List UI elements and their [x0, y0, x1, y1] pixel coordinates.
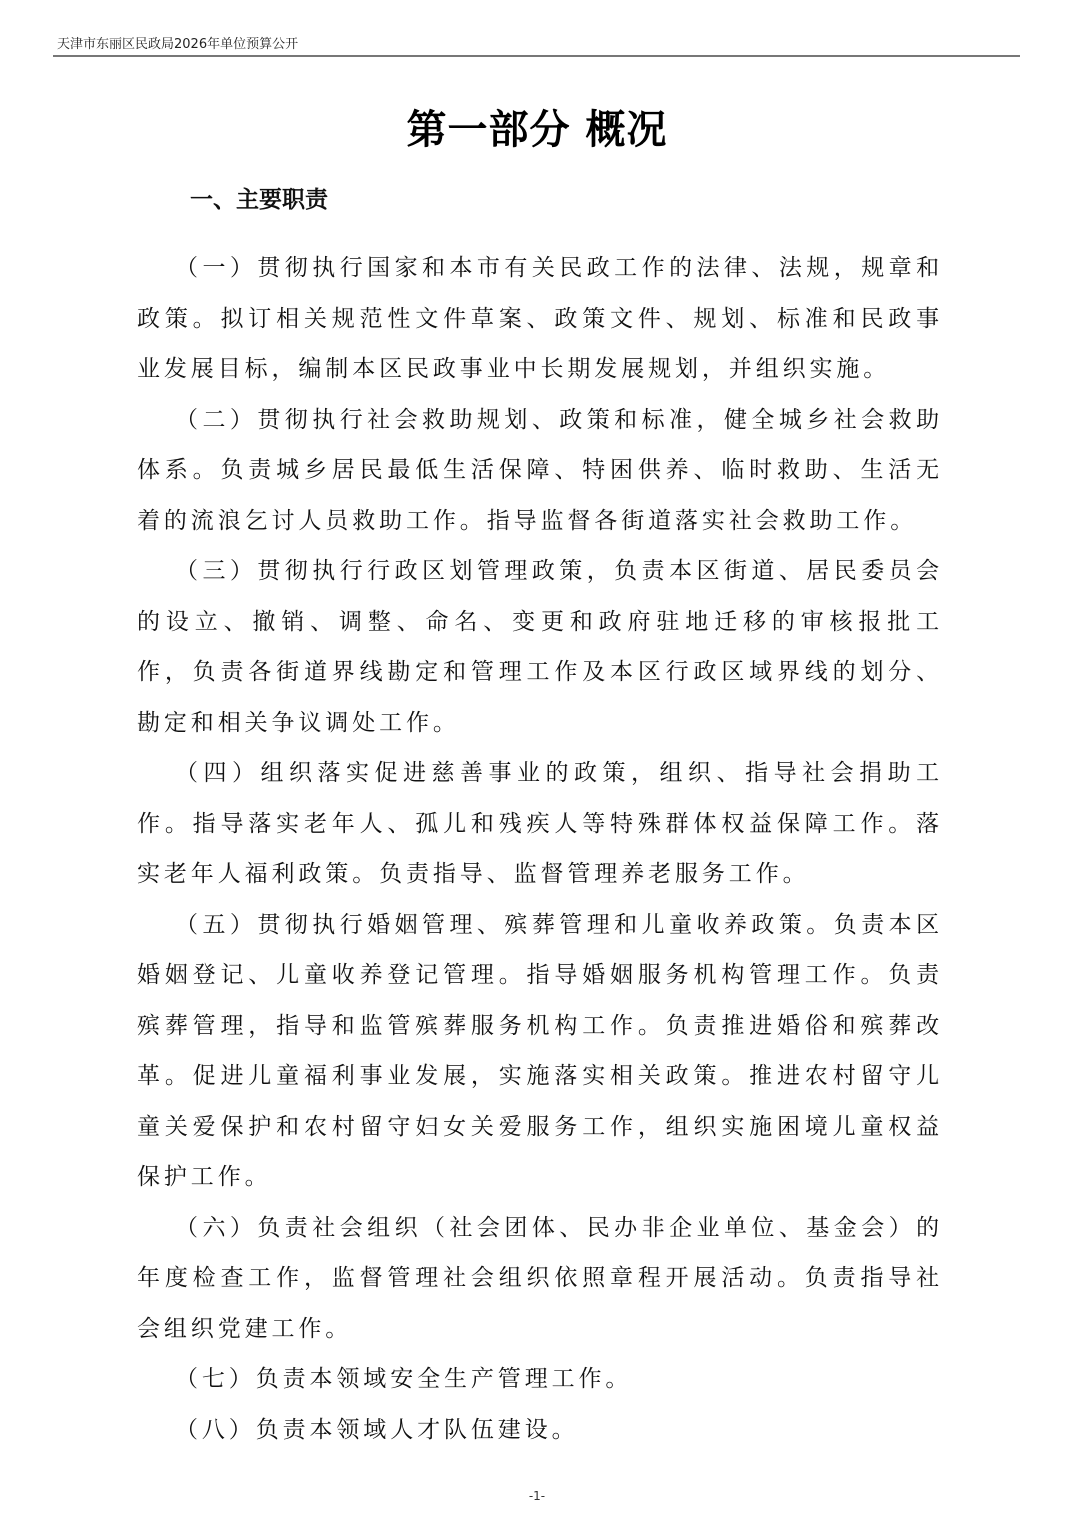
- duty-paragraph-8: （八）负责本领域人才队伍建设。: [137, 1405, 943, 1456]
- duty-paragraph-4: （四）组织落实促进慈善事业的政策，组织、指导社会捐助工作。指导落实老年人、孤儿和…: [137, 748, 943, 900]
- running-header-title: 天津市东丽区民政局2026年单位预算公开: [57, 33, 298, 52]
- running-header: 天津市东丽区民政局2026年单位预算公开: [53, 30, 1020, 57]
- duty-paragraph-6: （六）负责社会组织（社会团体、民办非企业单位、基金会）的年度检查工作，监督管理社…: [137, 1203, 943, 1355]
- duty-paragraph-1: （一）贯彻执行国家和本市有关民政工作的法律、法规，规章和政策。拟订相关规范性文件…: [137, 243, 943, 395]
- body-text: （一）贯彻执行国家和本市有关民政工作的法律、法规，规章和政策。拟订相关规范性文件…: [137, 243, 943, 1455]
- duty-paragraph-5: （五）贯彻执行婚姻管理、殡葬管理和儿童收养政策。负责本区婚姻登记、儿童收养登记管…: [137, 900, 943, 1203]
- duty-paragraph-3: （三）贯彻执行行政区划管理政策，负责本区街道、居民委员会的设立、撤销、调整、命名…: [137, 546, 943, 748]
- duty-paragraph-7: （七）负责本领域安全生产管理工作。: [137, 1354, 943, 1405]
- section-heading: 一、主要职责: [190, 184, 328, 216]
- duty-paragraph-2: （二）贯彻执行社会救助规划、政策和标准，健全城乡社会救助体系。负责城乡居民最低生…: [137, 395, 943, 547]
- page-number: -1-: [0, 1489, 1074, 1503]
- part-title: 第一部分 概况: [0, 104, 1074, 156]
